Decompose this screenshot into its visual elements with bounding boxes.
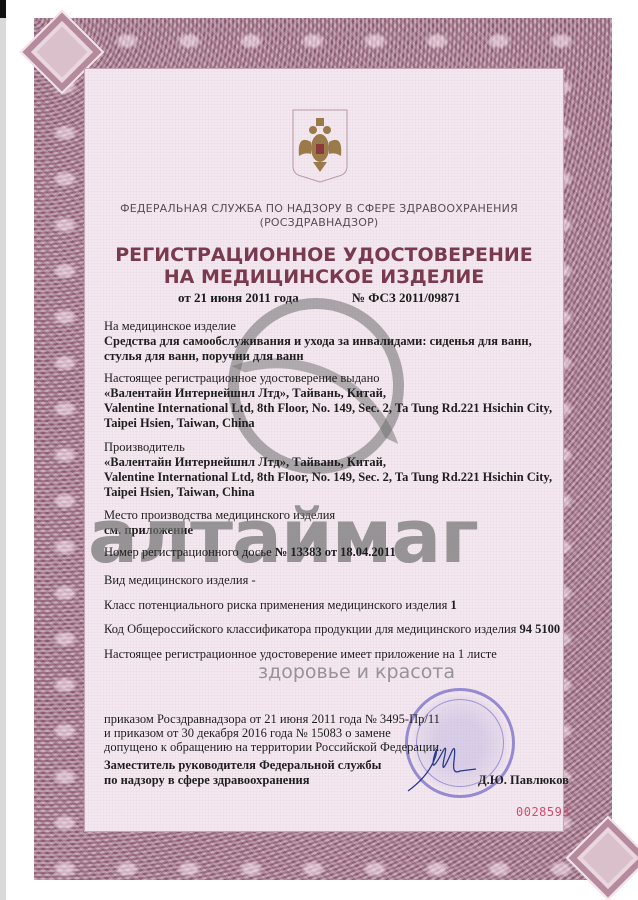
device-name-line2: стулья для ванн, поручни для ванн xyxy=(104,349,304,364)
risk-class-value: 1 xyxy=(451,598,457,612)
signer-name: Д.Ю. Павлюков xyxy=(478,773,569,788)
certificate-subtitle: НА МЕДИЦИНСКОЕ ИЗДЕЛИЕ xyxy=(0,266,638,288)
certificate-title: РЕГИСТРАЦИОННОЕ УДОСТОВЕРЕНИЕ xyxy=(0,244,638,266)
appendix-note: Настоящее регистрационное удостоверение … xyxy=(104,647,497,662)
device-name-line1: Средства для самообслуживания и ухода за… xyxy=(104,334,532,349)
dossier-value: № 13383 от 18.04.2011 xyxy=(275,545,396,559)
device-label: На медицинское изделие xyxy=(104,319,236,334)
order-line2: и приказом от 30 декабря 2016 года № 150… xyxy=(104,726,391,741)
manufacturer-label: Производитель xyxy=(104,440,185,455)
manufacturer-line2: Valentine International Ltd, 8th Floor, … xyxy=(104,470,552,485)
risk-class-line: Класс потенциального риска применения ме… xyxy=(104,598,457,613)
watermark-tagline: здоровье и красота xyxy=(258,661,455,683)
signer-title-line2: по надзору в сфере здравоохранения xyxy=(104,773,310,788)
signer-title-line1: Заместитель руководителя Федеральной слу… xyxy=(104,758,381,773)
okp-code-line: Код Общероссийского классификатора проду… xyxy=(104,622,560,637)
dossier-label: Номер регистрационного досье xyxy=(104,545,275,559)
signature-icon xyxy=(400,735,480,795)
issued-to-label: Настоящее регистрационное удостоверение … xyxy=(104,371,380,386)
certificate-number: № ФСЗ 2011/09871 xyxy=(352,290,460,305)
issue-date: от 21 июня 2011 года xyxy=(178,290,299,305)
okp-code-value: 94 5100 xyxy=(520,622,561,636)
agency-name: ФЕДЕРАЛЬНАЯ СЛУЖБА ПО НАДЗОРУ В СФЕРЕ ЗД… xyxy=(0,202,638,215)
dossier-line: Номер регистрационного досье № 13383 от … xyxy=(104,545,396,560)
issued-to-line1: «Валентайн Интернейшнл Лтд», Тайвань, Ки… xyxy=(104,386,386,401)
order-line1: приказом Росздравнадзора от 21 июня 2011… xyxy=(104,712,440,727)
watermark-brand: алтаймаг xyxy=(88,497,478,577)
risk-class-label: Класс потенциального риска применения ме… xyxy=(104,598,451,612)
scan-edge-mark xyxy=(0,0,6,18)
serial-number: 0028593 xyxy=(516,805,570,819)
manufacturer-line1: «Валентайн Интернейшнл Лтд», Тайвань, Ки… xyxy=(104,455,386,470)
russian-coat-of-arms-icon xyxy=(291,108,349,184)
issued-to-line3: Taipei Hsien, Taiwan, China xyxy=(104,416,255,431)
issued-to-line2: Valentine International Ltd, 8th Floor, … xyxy=(104,401,552,416)
agency-abbr: (РОСЗДРАВНАДЗОР) xyxy=(0,216,638,229)
order-line3: допущено к обращению на территории Росси… xyxy=(104,740,442,755)
scan-edge xyxy=(0,0,6,900)
device-kind: Вид медицинского изделия - xyxy=(104,573,256,588)
okp-code-label: Код Общероссийского классификатора проду… xyxy=(104,622,520,636)
